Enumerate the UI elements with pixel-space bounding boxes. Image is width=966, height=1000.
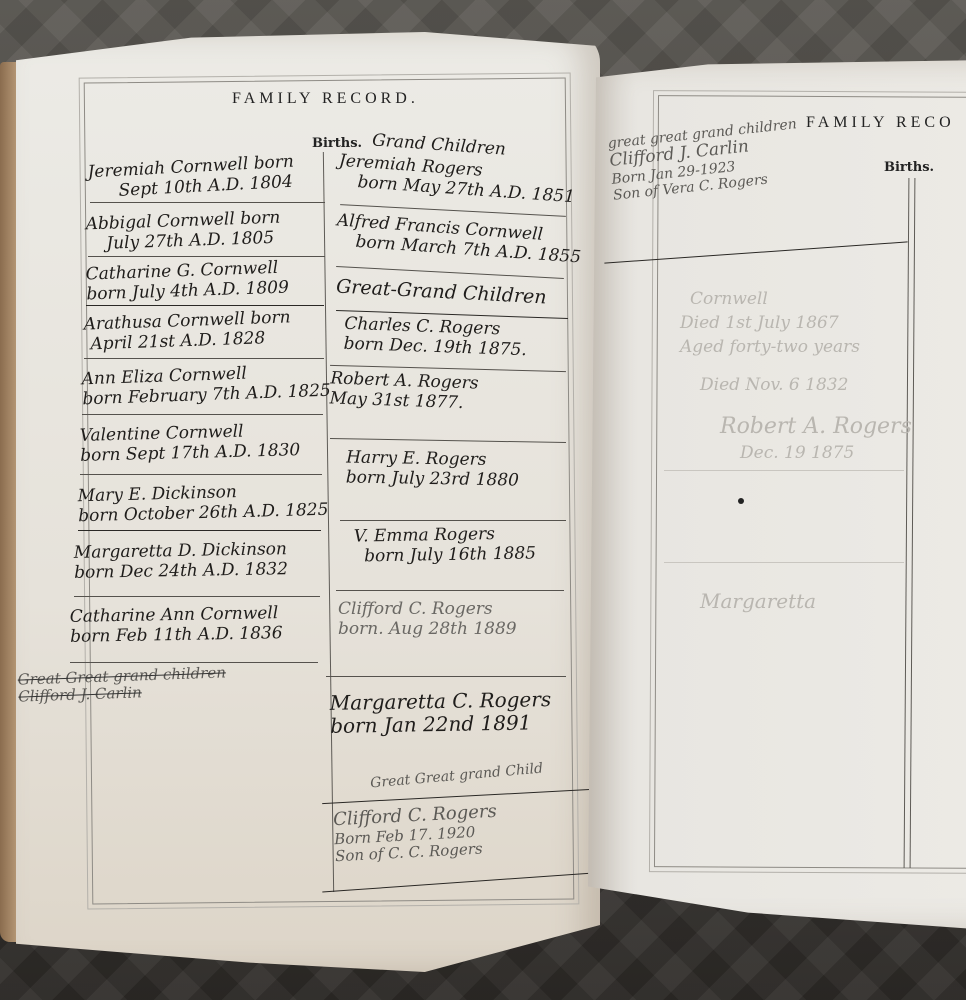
row-rule — [88, 256, 325, 257]
entry-ggc-0: Charles C. Rogers born Dec. 19th 1875. — [343, 315, 527, 360]
row-rule — [340, 520, 566, 521]
row-rule — [74, 596, 320, 597]
pencil-entry-clifford: Clifford C. Rogers Born Feb 17. 1920 Son… — [333, 802, 499, 866]
row-rule — [78, 530, 321, 531]
entry-ggc-4: Clifford C. Rogers born. Aug 28th 1889 — [338, 600, 517, 639]
row-rule — [86, 305, 324, 306]
row-rule — [90, 202, 325, 203]
entry-6: Mary E. Dickinson born October 26th A.D.… — [78, 481, 329, 527]
entry-3: Arathusa Cornwell born April 21st A.D. 1… — [83, 308, 291, 354]
entry-ggc-3: V. Emma Rogers born July 16th 1885 — [354, 524, 537, 566]
entry-8: Catharine Ann Cornwell born Feb 11th A.D… — [70, 604, 283, 647]
crossed-out-pencil-note: Great Great grand children Clifford J. C… — [17, 664, 226, 706]
right-page-header: FAMILY RECO — [806, 114, 955, 132]
row-rule — [84, 358, 324, 359]
entry-5: Valentine Cornwell born Sept 17th A.D. 1… — [80, 421, 301, 466]
left-page-header: FAMILY RECORD. — [232, 90, 419, 108]
right-births-label: Births. — [884, 160, 934, 175]
right-page-border-frame — [654, 95, 966, 869]
entry-ggc-1: Robert A. Rogers May 31st 1877. — [329, 369, 479, 413]
row-rule — [664, 470, 904, 471]
entry-ggc-2: Harry E. Rogers born July 23rd 1880 — [346, 448, 520, 490]
entry-7: Margaretta D. Dickinson born Dec 24th A.… — [74, 540, 288, 583]
row-rule — [664, 562, 904, 563]
row-rule — [70, 662, 318, 663]
entry-2: Catharine G. Cornwell born July 4th A.D.… — [85, 258, 289, 304]
left-births-label: Births. — [312, 136, 362, 151]
row-rule — [82, 414, 323, 415]
entry-ggc-5: Margaretta C. Rogers born Jan 22nd 1891 — [330, 688, 552, 738]
row-rule — [80, 474, 322, 475]
ink-spot — [738, 498, 744, 504]
row-rule — [326, 676, 566, 677]
row-rule — [336, 590, 564, 591]
entry-1: Abbigal Cornwell born July 27th A.D. 180… — [85, 209, 281, 255]
